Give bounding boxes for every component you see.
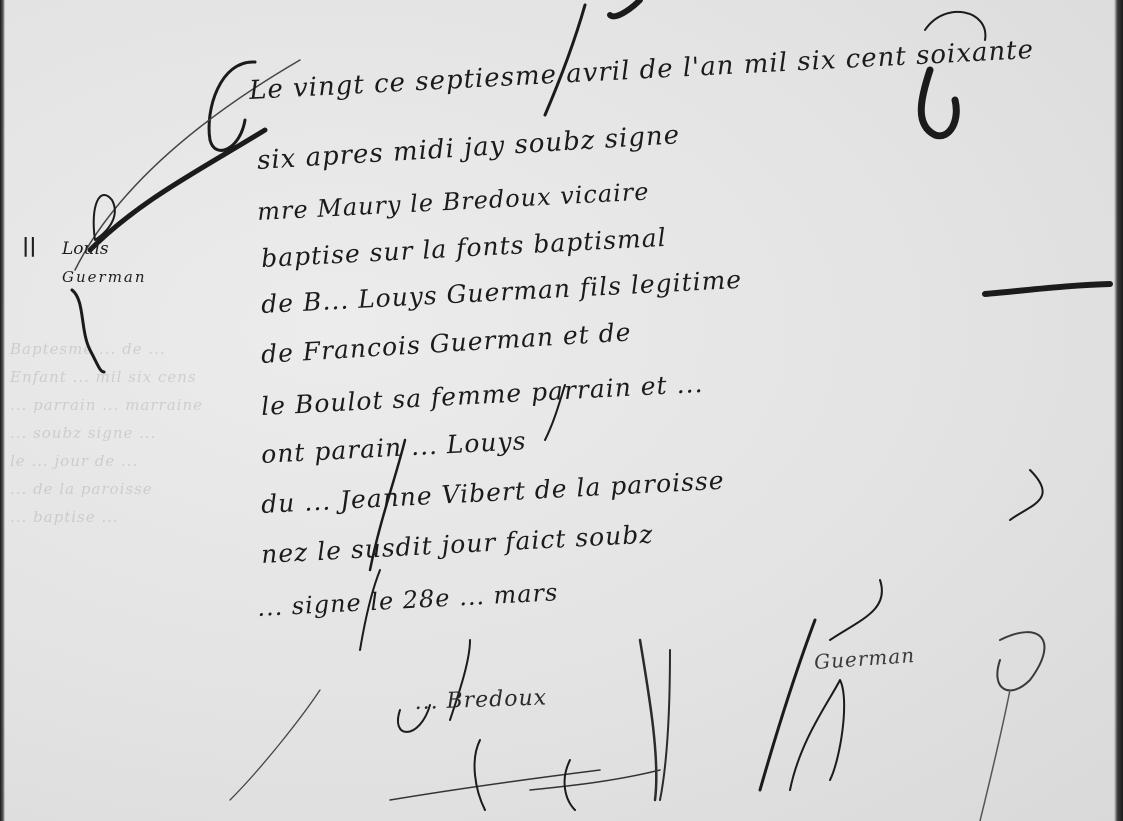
margin-marks: || (22, 232, 37, 258)
margin-name-last: Guerman (62, 264, 147, 290)
handwriting-strokes (0, 0, 1123, 821)
signature-bredoux: ... Bredoux (414, 685, 547, 715)
document-scan: Baptesme ... de ... Enfant ... mil six c… (0, 0, 1123, 821)
margin-name-first: Louis (62, 236, 109, 262)
